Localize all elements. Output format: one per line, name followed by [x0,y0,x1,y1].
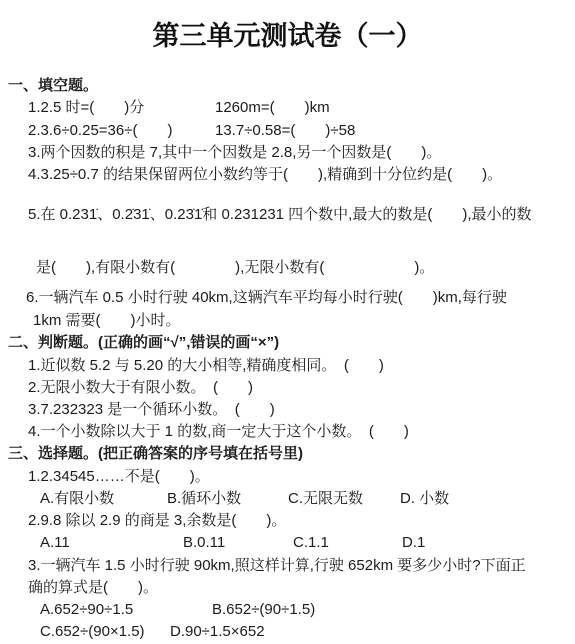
fill-q3: 3.两个因数的积是 7,其中一个因数是 2.8,另一个因数是( )。 [28,143,441,163]
fill-q1-part2: 1260m=( )km [215,98,330,118]
choice-q2-options: A.11 B.0.11 C.1.1 D.1 [0,533,575,553]
fill-q6-line1: 6.一辆汽车 0.5 小时行驶 40km,这辆汽车平均每小时行驶( )km,每行… [26,288,507,308]
choice-q1-option-c: C.无限无数 [288,489,363,509]
choice-q2-option-a: A.11 [40,533,70,553]
fill-q6-line2: 1km 需要( )小时。 [33,311,181,331]
choice-q3-line1: 3.一辆汽车 1.5 小时行驶 90km,照这样计算,行驶 652km 要多少小… [28,556,526,576]
section1-header: 一、填空题。 [8,76,98,96]
choice-q3-options-ab: A.652÷90÷1.5 B.652÷(90÷1.5) [0,600,575,620]
test-paper: 第三单元测试卷（一） 一、填空题。 1.2.5 时=( )分 1260m=( )… [0,0,575,644]
fill-q2-part2: 13.7÷0.58=( )÷58 [215,121,355,141]
fill-q5-line2: 是( ),有限小数有( ),无限小数有( )。 [36,258,434,278]
choice-q1-option-b: B.循环小数 [167,489,241,509]
fill-q2-row: 2.3.6÷0.25=36÷( ) 13.7÷0.58=( )÷58 [0,121,575,141]
fill-q4: 4.3.25÷0.7 的结果保留两位小数约等于( ),精确到十分位约是( )。 [28,165,502,185]
fill-q1-part1: 1.2.5 时=( )分 [28,98,144,118]
choice-q3-option-a: A.652÷90÷1.5 [40,600,133,620]
section2-header: 二、判断题。(正确的画“√”,错误的画“×”) [8,333,279,353]
choice-q1: 1.2.34545……不是( )。 [28,467,210,487]
choice-q3-option-c: C.652÷(90×1.5) [40,622,145,642]
choice-q3-option-d: D.90÷1.5×652 [170,622,265,642]
choice-q3-line2: 确的算式是( )。 [28,578,158,598]
judge-q4: 4.一个小数除以大于 1 的数,商一定大于这个小数。 ( ) [28,422,409,442]
fill-q2-part1: 2.3.6÷0.25=36÷( ) [28,121,172,141]
section3-header: 三、选择题。(把正确答案的序号填在括号里) [8,444,303,464]
fill-q1-row: 1.2.5 时=( )分 1260m=( )km [0,98,575,118]
judge-q1: 1.近似数 5.2 与 5.20 的大小相等,精确度相同。 ( ) [28,356,384,376]
page-title: 第三单元测试卷（一） [0,14,575,53]
choice-q2: 2.9.8 除以 2.9 的商是 3,余数是( )。 [28,511,286,531]
fill-q5-line1: 5.在 0.231̇、0.2̇31̇、0.23̇1̇和 0.231231 四个数… [28,205,532,225]
choice-q1-options: A.有限小数 B.循环小数 C.无限无数 D. 小数 [0,489,575,509]
judge-q2: 2.无限小数大于有限小数。 ( ) [28,378,253,398]
choice-q3-option-b: B.652÷(90÷1.5) [212,600,315,620]
choice-q1-option-a: A.有限小数 [40,489,114,509]
judge-q3: 3.7.232323 是一个循环小数。 ( ) [28,400,275,420]
choice-q1-option-d: D. 小数 [400,489,449,509]
choice-q2-option-b: B.0.11 [183,533,225,553]
choice-q3-options-cd: C.652÷(90×1.5) D.90÷1.5×652 [0,622,575,642]
choice-q2-option-d: D.1 [402,533,425,553]
choice-q2-option-c: C.1.1 [293,533,329,553]
